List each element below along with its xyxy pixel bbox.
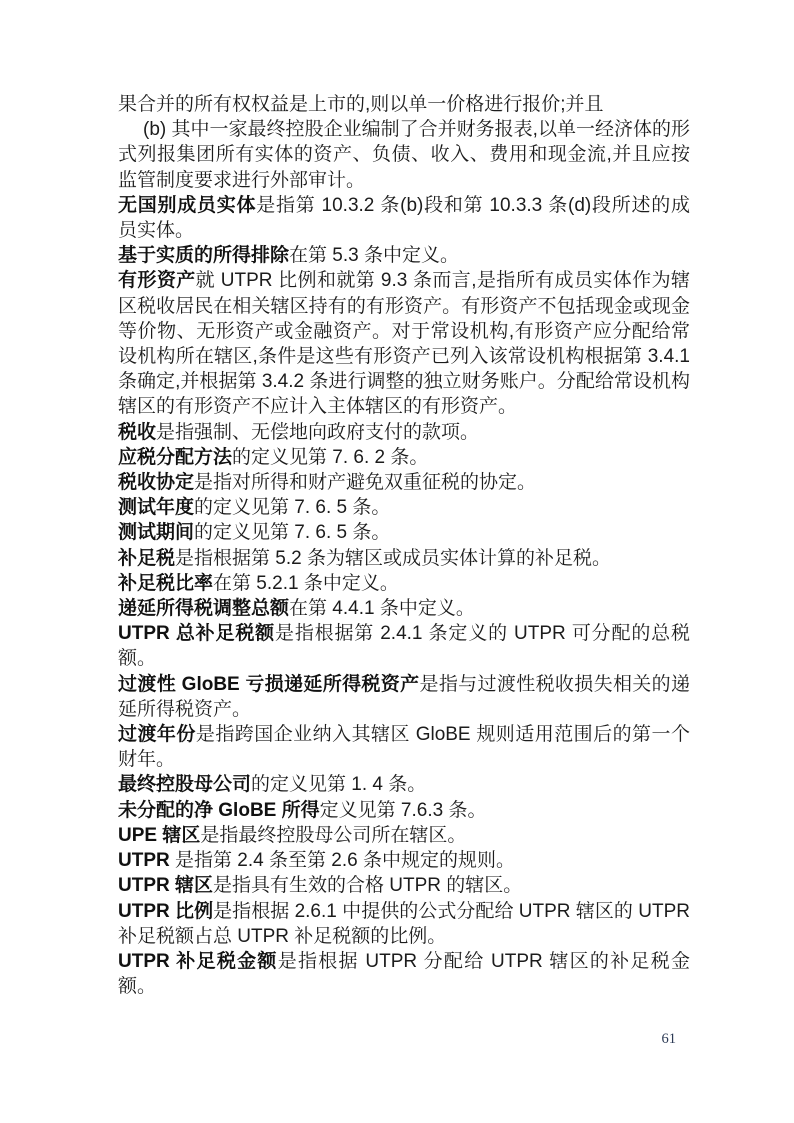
definition-term: 有形资产 (118, 270, 196, 291)
definition-item: 有形资产就 UTPR 比例和就第 9.3 条而言,是指所有成员实体作为辖区税收居… (118, 268, 690, 419)
definition-item: UTPR 比例是指根据 2.6.1 中提供的公式分配给 UTPR 辖区的 UTP… (118, 899, 690, 949)
definition-text: 就 UTPR 比例和就第 9.3 条而言,是指所有成员实体作为辖区税收居民在相关… (118, 270, 690, 417)
definition-term: UTPR 辖区 (118, 875, 213, 896)
definition-text: 定义见第 7.6.3 条。 (320, 800, 487, 821)
definition-text: 在第 5.2.1 条中定义。 (213, 573, 399, 594)
definition-text: 在第 5.3 条中定义。 (289, 245, 459, 266)
definition-term: 基于实质的所得排除 (118, 245, 289, 266)
definition-term: 无国别成员实体 (118, 195, 256, 216)
page-number: 61 (0, 1031, 676, 1048)
definition-item: UTPR 总补足税额是指根据第 2.4.1 条定义的 UTPR 可分配的总税额。 (118, 621, 690, 671)
definition-text: 是指第 2.4 条至第 2.6 条中规定的规则。 (170, 850, 515, 871)
definition-term: 递延所得税调整总额 (118, 598, 289, 619)
definition-text: 的定义见第 7. 6. 2 条。 (232, 447, 428, 468)
definition-term: 补足税比率 (118, 573, 213, 594)
document-text-block: 果合并的所有权权益是上市的,则以单一价格进行报价;并且 (b) 其中一家最终控股… (118, 92, 690, 999)
definition-text: 是指强制、无偿地向政府支付的款项。 (156, 422, 479, 443)
definition-item: 税收是指强制、无偿地向政府支付的款项。 (118, 420, 690, 445)
definition-item: 最终控股母公司的定义见第 1. 4 条。 (118, 772, 690, 797)
definition-item: 应税分配方法的定义见第 7. 6. 2 条。 (118, 445, 690, 470)
definition-text: 在第 4.4.1 条中定义。 (289, 598, 475, 619)
definition-item: 测试年度的定义见第 7. 6. 5 条。 (118, 495, 690, 520)
definition-term: 过渡性 GloBE 亏损递延所得税资产 (118, 674, 419, 695)
definition-item: 递延所得税调整总额在第 4.4.1 条中定义。 (118, 596, 690, 621)
definition-item: 过渡性 GloBE 亏损递延所得税资产是指与过渡性税收损失相关的递延所得税资产。 (118, 672, 690, 722)
definition-item: UTPR 补足税金额是指根据 UTPR 分配给 UTPR 辖区的补足税金额。 (118, 949, 690, 999)
intro-paragraph-continuation: 果合并的所有权权益是上市的,则以单一价格进行报价;并且 (118, 92, 690, 117)
definition-term: 应税分配方法 (118, 447, 232, 468)
definition-item: UTPR 辖区是指具有生效的合格 UTPR 的辖区。 (118, 873, 690, 898)
definition-item: 补足税是指根据第 5.2 条为辖区或成员实体计算的补足税。 (118, 546, 690, 571)
definition-term: 最终控股母公司 (118, 774, 251, 795)
definition-term: 税收 (118, 422, 156, 443)
definition-term: UTPR 总补足税额 (118, 623, 275, 644)
definition-text: 是指对所得和财产避免双重征税的协定。 (194, 472, 536, 493)
definition-term: 税收协定 (118, 472, 194, 493)
definition-term: UTPR (118, 850, 170, 871)
definition-term: 测试期间 (118, 522, 194, 543)
definition-text: 是指跨国企业纳入其辖区 GloBE 规则适用范围后的第一个财年。 (118, 724, 690, 770)
definition-item: 无国别成员实体是指第 10.3.2 条(b)段和第 10.3.3 条(d)段所述… (118, 193, 690, 243)
definition-term: 未分配的净 GloBE 所得 (118, 800, 320, 821)
definition-item: 补足税比率在第 5.2.1 条中定义。 (118, 571, 690, 596)
definition-term: UTPR 比例 (118, 901, 213, 922)
definition-item: 过渡年份是指跨国企业纳入其辖区 GloBE 规则适用范围后的第一个财年。 (118, 722, 690, 772)
definition-text: 是指最终控股母公司所在辖区。 (200, 825, 466, 846)
definition-item: UPE 辖区是指最终控股母公司所在辖区。 (118, 823, 690, 848)
definition-text: 的定义见第 7. 6. 5 条。 (194, 497, 390, 518)
definition-text: 的定义见第 7. 6. 5 条。 (194, 522, 390, 543)
definition-item: 基于实质的所得排除在第 5.3 条中定义。 (118, 243, 690, 268)
definition-term: 过渡年份 (118, 724, 196, 745)
intro-paragraph-b: (b) 其中一家最终控股企业编制了合并财务报表,以单一经济体的形式列报集团所有实… (118, 117, 690, 193)
definition-term: UPE 辖区 (118, 825, 200, 846)
definition-item: UTPR 是指第 2.4 条至第 2.6 条中规定的规则。 (118, 848, 690, 873)
definition-term: 测试年度 (118, 497, 194, 518)
definition-text: 的定义见第 1. 4 条。 (251, 774, 426, 795)
definition-term: 补足税 (118, 548, 175, 569)
definition-text: 是指根据第 5.2 条为辖区或成员实体计算的补足税。 (175, 548, 611, 569)
definition-item: 测试期间的定义见第 7. 6. 5 条。 (118, 520, 690, 545)
definition-term: UTPR 补足税金额 (118, 951, 278, 972)
definition-item: 未分配的净 GloBE 所得定义见第 7.6.3 条。 (118, 798, 690, 823)
definition-text: 是指具有生效的合格 UTPR 的辖区。 (213, 875, 522, 896)
definition-item: 税收协定是指对所得和财产避免双重征税的协定。 (118, 470, 690, 495)
